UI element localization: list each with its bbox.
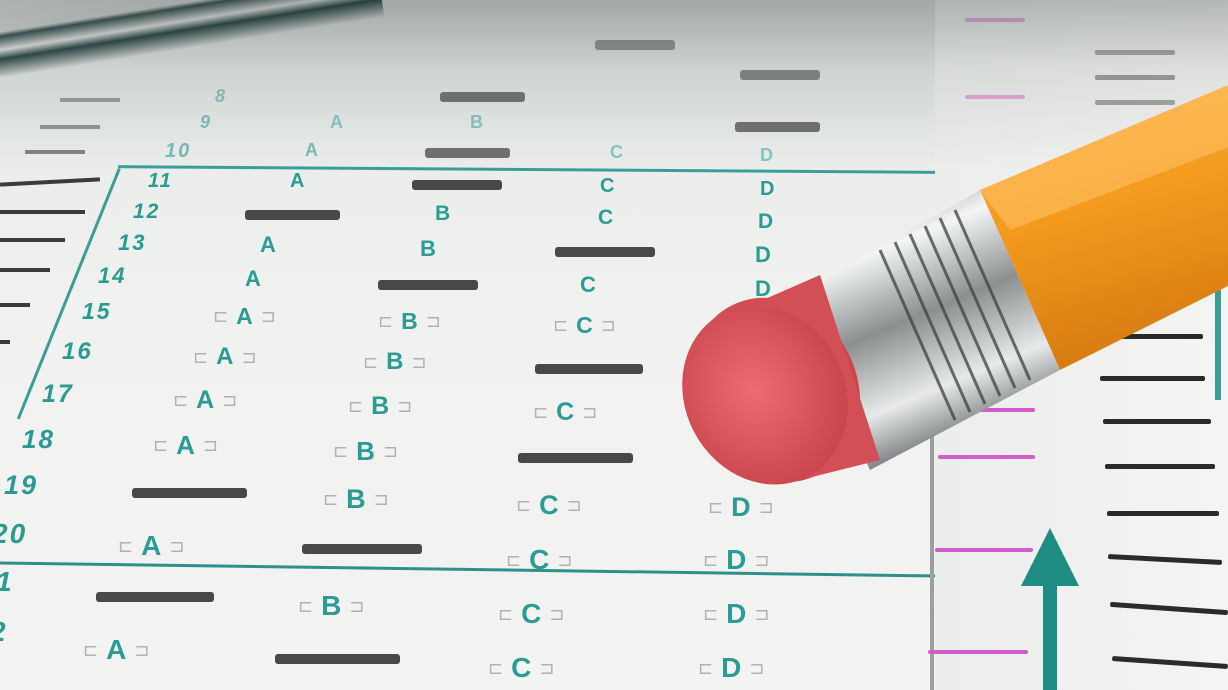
- bracket-open: ⊏: [333, 441, 348, 462]
- bubble-c[interactable]: ⊏C⊐: [480, 652, 562, 684]
- bubble-c[interactable]: ⊏C⊐: [508, 490, 590, 521]
- bracket-close: ⊐: [754, 550, 769, 571]
- bracket-close: ⊐: [374, 489, 389, 510]
- bracket-close: ⊐: [261, 306, 276, 327]
- question-number: 17: [42, 380, 74, 409]
- question-number: 12: [133, 200, 160, 224]
- bracket-close: ⊐: [411, 352, 426, 373]
- timing-mark: [0, 238, 65, 242]
- bubble-c[interactable]: C: [598, 206, 613, 230]
- timing-mark: [25, 150, 85, 154]
- question-number: 16: [62, 338, 93, 366]
- bubble-b[interactable]: ⊏B⊐: [315, 484, 397, 515]
- pencil-mark: [535, 364, 643, 374]
- folded-sheet-corner: [0, 0, 384, 82]
- bubble-label: A: [236, 303, 253, 330]
- pencil-mark: [425, 148, 510, 158]
- bubble-a[interactable]: ⊏A⊐: [185, 343, 265, 371]
- bubble-c[interactable]: ⊏C⊐: [545, 312, 624, 339]
- bracket-open: ⊏: [363, 352, 378, 373]
- bracket-open: ⊏: [298, 596, 313, 617]
- bubble-a[interactable]: A: [245, 266, 261, 292]
- bracket-close: ⊐: [169, 536, 184, 557]
- timing-mark: [1095, 50, 1175, 55]
- bubble-b[interactable]: ⊏B⊐: [355, 348, 435, 376]
- pencil-mark: [96, 592, 214, 602]
- bubble-a[interactable]: ⊏A⊐: [165, 386, 245, 415]
- bubble-b[interactable]: B: [420, 236, 436, 262]
- bubble-a[interactable]: A: [260, 232, 276, 258]
- bubble-c[interactable]: ⊏C⊐: [490, 598, 572, 630]
- bubble-label: B: [470, 112, 483, 133]
- bracket-close: ⊐: [349, 596, 364, 617]
- bubble-label: A: [106, 634, 126, 666]
- question-number: 15: [82, 298, 112, 325]
- question-number: 13: [118, 230, 146, 256]
- bubble-label: C: [539, 490, 559, 521]
- bracket-open: ⊏: [323, 489, 338, 510]
- bracket-close: ⊐: [397, 396, 412, 417]
- bracket-open: ⊏: [703, 550, 718, 571]
- bubble-label: C: [610, 142, 623, 163]
- pencil-mark: [595, 40, 675, 50]
- bracket-close: ⊐: [557, 550, 572, 571]
- bracket-close: ⊐: [134, 640, 149, 661]
- bracket-open: ⊏: [553, 315, 568, 336]
- bracket-open: ⊏: [193, 347, 208, 368]
- bubble-label: D: [726, 598, 746, 630]
- question-number: 9: [200, 112, 212, 133]
- bracket-close: ⊐: [582, 402, 597, 423]
- question-number: 18: [22, 424, 55, 455]
- pencil-mark: [302, 544, 422, 554]
- bracket-open: ⊏: [698, 658, 713, 679]
- bubble-label: B: [321, 590, 341, 622]
- bubble-b[interactable]: ⊏B⊐: [290, 590, 372, 622]
- magenta-tick: [928, 650, 1028, 654]
- bracket-open: ⊏: [533, 402, 548, 423]
- question-number: 20: [0, 518, 27, 550]
- timing-mark: [0, 177, 100, 186]
- bracket-close: ⊐: [241, 347, 256, 368]
- bracket-close: ⊐: [426, 311, 441, 332]
- bubble-label: B: [420, 236, 436, 262]
- bubble-label: A: [141, 530, 161, 562]
- up-arrow-shaft: [1043, 580, 1057, 690]
- bubble-label: C: [556, 398, 574, 427]
- bracket-close: ⊐: [203, 435, 218, 456]
- bubble-label: C: [511, 652, 531, 684]
- question-number: 11: [148, 170, 173, 193]
- bracket-open: ⊏: [173, 390, 188, 411]
- bubble-b[interactable]: ⊏B⊐: [325, 436, 406, 467]
- bubble-label: B: [346, 484, 366, 515]
- bubble-label: B: [435, 202, 450, 226]
- bracket-open: ⊏: [378, 311, 393, 332]
- pencil-mark: [132, 488, 247, 498]
- bubble-a[interactable]: ⊏A⊐: [205, 303, 284, 330]
- pencil: [680, 80, 1228, 550]
- bubble-label: A: [330, 112, 343, 133]
- timing-mark: [40, 125, 100, 129]
- question-number: 10: [165, 140, 191, 163]
- bubble-a[interactable]: A: [290, 170, 304, 193]
- pencil-mark: [245, 210, 340, 220]
- question-number: 14: [98, 263, 126, 289]
- bubble-label: D: [721, 652, 741, 684]
- timing-mark: [0, 303, 30, 307]
- pencil-mark: [518, 453, 633, 463]
- pencil-mark: [740, 70, 820, 80]
- bubble-label: A: [216, 343, 233, 371]
- bubble-a[interactable]: A: [330, 112, 343, 133]
- bracket-open: ⊏: [83, 640, 98, 661]
- bracket-open: ⊏: [516, 495, 531, 516]
- section-divider: [0, 561, 940, 577]
- question-number: 8: [215, 86, 227, 107]
- bubble-a[interactable]: ⊏A⊐: [75, 634, 157, 666]
- timing-mark: [0, 210, 85, 214]
- bubble-label: B: [356, 436, 375, 467]
- bubble-label: B: [386, 348, 403, 376]
- timing-mark: [60, 98, 120, 102]
- bracket-open: ⊏: [703, 604, 718, 625]
- bracket-open: ⊏: [153, 435, 168, 456]
- bubble-b[interactable]: B: [435, 202, 450, 226]
- bracket-open: ⊏: [348, 396, 363, 417]
- bubble-label: A: [260, 232, 276, 258]
- magenta-tick: [965, 18, 1025, 22]
- bubble-label: C: [580, 272, 596, 298]
- answer-sheet-photo: 8 9 10 A C D A B 11 A C D 12 B C D 13 A …: [0, 0, 1228, 690]
- bubble-c[interactable]: C: [600, 175, 614, 198]
- bubble-c[interactable]: ⊏C⊐: [498, 544, 580, 576]
- bracket-close: ⊐: [383, 441, 398, 462]
- bracket-close: ⊐: [222, 390, 237, 411]
- pencil-mark: [440, 92, 525, 102]
- bubble-label: C: [598, 206, 613, 230]
- bubble-label: A: [176, 430, 195, 461]
- bubble-label: C: [600, 175, 614, 198]
- bubble-c[interactable]: C: [610, 142, 623, 163]
- bubble-label: A: [196, 386, 214, 415]
- bubble-a[interactable]: ⊏A⊐: [110, 530, 192, 562]
- question-number: 1: [0, 566, 14, 598]
- bubble-b[interactable]: ⊏B⊐: [340, 392, 420, 421]
- bracket-close: ⊐: [539, 658, 554, 679]
- timing-mark: [0, 340, 10, 344]
- bubble-a[interactable]: A: [305, 140, 318, 161]
- bubble-b[interactable]: ⊏B⊐: [370, 308, 449, 335]
- pencil-mark: [378, 280, 478, 290]
- bubble-label: B: [401, 308, 418, 335]
- bracket-close: ⊐: [749, 658, 764, 679]
- bracket-close: ⊐: [567, 495, 582, 516]
- bubble-b[interactable]: B: [470, 112, 483, 133]
- bubble-c[interactable]: C: [580, 272, 596, 298]
- bracket-open: ⊏: [118, 536, 133, 557]
- bubble-label: B: [371, 392, 389, 421]
- bubble-label: A: [290, 170, 304, 193]
- bubble-c[interactable]: ⊏C⊐: [525, 398, 605, 427]
- bracket-open: ⊏: [498, 604, 513, 625]
- bracket-close: ⊐: [601, 315, 616, 336]
- pencil-mark: [555, 247, 655, 257]
- bracket-close: ⊐: [754, 604, 769, 625]
- bubble-label: C: [529, 544, 549, 576]
- bubble-d[interactable]: ⊏D⊐: [690, 652, 772, 684]
- bubble-a[interactable]: ⊏A⊐: [145, 430, 226, 461]
- bracket-close: ⊐: [549, 604, 564, 625]
- bracket-open: ⊏: [213, 306, 228, 327]
- timing-mark: [0, 268, 50, 272]
- bubble-label: C: [576, 312, 593, 339]
- question-number: 19: [4, 470, 38, 501]
- pencil-mark: [412, 180, 502, 190]
- bubble-label: A: [305, 140, 318, 161]
- pencil-mark: [275, 654, 400, 664]
- bracket-open: ⊏: [488, 658, 503, 679]
- bubble-label: C: [521, 598, 541, 630]
- bubble-label: A: [245, 266, 261, 292]
- question-number: 2: [0, 616, 8, 648]
- bracket-open: ⊏: [506, 550, 521, 571]
- bubble-d[interactable]: ⊏D⊐: [695, 598, 777, 630]
